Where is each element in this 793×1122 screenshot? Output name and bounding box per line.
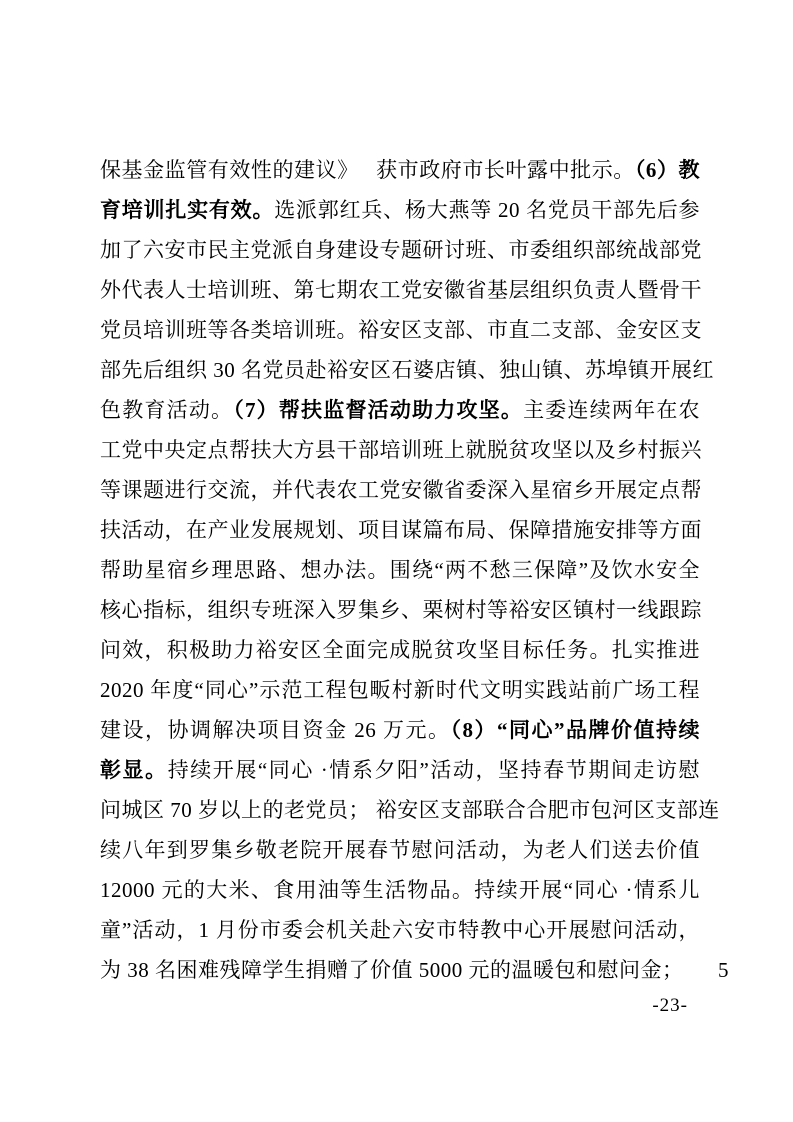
bold-text-run: （6）教 xyxy=(635,158,700,182)
text-run: 外代表人士培训班、第七期农工党安徽省基层组织负责人暨骨干 xyxy=(100,278,702,302)
text-run: 主委连续两年在农 xyxy=(523,398,700,422)
document-page: 保基金监管有效性的建议》 获市政府市长叶露中批示。（6）教育培训扎实有效。选派郭… xyxy=(0,0,793,1122)
bold-text-run: 育培训扎实有效。 xyxy=(100,198,274,222)
text-run: 扶活动，在产业发展规划、项目谋篇布局、保障措施安排等方面 xyxy=(100,518,702,542)
text-run: 等课题进行交流，并代表农工党安徽省委深入星宿乡开展定点帮 xyxy=(100,478,702,502)
text-line: 色教育活动。（7）帮扶监督活动助力攻坚。主委连续两年在农 xyxy=(100,390,700,430)
text-line: 工党中央定点帮扶大方县干部培训班上就脱贫攻坚以及乡村振兴 xyxy=(100,430,700,470)
text-line: 2020 年度“同心”示范工程包畈村新时代文明实践站前广场工程 xyxy=(100,670,700,710)
text-line: 党员培训班等各类培训班。裕安区支部、市直二支部、金安区支 xyxy=(100,310,700,350)
page-number: -23- xyxy=(652,994,688,1018)
text-line: 加了六安市民主党派自身建设专题研讨班、市委组织部统战部党 xyxy=(100,230,700,270)
text-run: 问城区 70 岁以上的老党员； 裕安区支部联合合肥市包河区支部连 xyxy=(100,798,720,822)
text-run: 续八年到罗集乡敬老院开展春节慰问活动，为老人们送去价值 xyxy=(100,838,700,862)
text-run: 工党中央定点帮扶大方县干部培训班上就脱贫攻坚以及乡村振兴 xyxy=(100,438,702,462)
text-run: 核心指标，组织专班深入罗集乡、栗树村等裕安区镇村一线跟踪 xyxy=(100,598,702,622)
text-line: 帮助星宿乡理思路、想办法。围绕“两不愁三保障”及饮水安全 xyxy=(100,550,700,590)
text-line: 问城区 70 岁以上的老党员； 裕安区支部联合合肥市包河区支部连 xyxy=(100,790,700,830)
text-line: 续八年到罗集乡敬老院开展春节慰问活动，为老人们送去价值 xyxy=(100,830,700,870)
text-line: 童”活动，1 月份市委会机关赴六安市特教中心开展慰问活动， xyxy=(100,910,700,950)
text-line: 彰显。持续开展“同心 ·情系夕阳”活动，坚持春节期间走访慰 xyxy=(100,750,700,790)
text-run: 色教育活动。 xyxy=(100,398,233,422)
text-run: 问效，积极助力裕安区全面完成脱贫攻坚目标任务。扎实推进 xyxy=(100,638,700,662)
text-run: 童”活动，1 月份市委会机关赴六安市特教中心开展慰问活动， xyxy=(100,918,700,942)
bold-text-run: 彰显。 xyxy=(100,758,168,782)
text-line: 保基金监管有效性的建议》 获市政府市长叶露中批示。（6）教 xyxy=(100,150,700,190)
text-line: 核心指标，组织专班深入罗集乡、栗树村等裕安区镇村一线跟踪 xyxy=(100,590,700,630)
text-line: 为 38 名困难残障学生捐赠了价值 5000 元的温暖包和慰问金； 5 xyxy=(100,950,700,990)
text-run: 为 38 名困难残障学生捐赠了价值 5000 元的温暖包和慰问金； 5 xyxy=(100,958,729,982)
text-line: 等课题进行交流，并代表农工党安徽省委深入星宿乡开展定点帮 xyxy=(100,470,700,510)
text-line: 12000 元的大米、食用油等生活物品。持续开展“同心 ·情系儿 xyxy=(100,870,700,910)
text-run: 党员培训班等各类培训班。裕安区支部、市直二支部、金安区支 xyxy=(100,318,702,342)
text-line: 外代表人士培训班、第七期农工党安徽省基层组织负责人暨骨干 xyxy=(100,270,700,310)
text-run: 帮助星宿乡理思路、想办法。围绕“两不愁三保障”及饮水安全 xyxy=(100,558,700,582)
text-run: 12000 元的大米、食用油等生活物品。持续开展“同心 ·情系儿 xyxy=(100,878,700,902)
text-run: 部先后组织 30 名党员赴裕安区石婆店镇、独山镇、苏埠镇开展红 xyxy=(100,358,714,382)
text-run: 选派郭红兵、杨大燕等 20 名党员干部先后参 xyxy=(274,198,700,222)
text-run: 加了六安市民主党派自身建设专题研讨班、市委组织部统战部党 xyxy=(100,238,702,262)
text-line: 部先后组织 30 名党员赴裕安区石婆店镇、独山镇、苏埠镇开展红 xyxy=(100,350,700,390)
text-line: 建设，协调解决项目资金 26 万元。（8）“同心”品牌价值持续 xyxy=(100,710,700,750)
text-line: 育培训扎实有效。选派郭红兵、杨大燕等 20 名党员干部先后参 xyxy=(100,190,700,230)
text-line: 问效，积极助力裕安区全面完成脱贫攻坚目标任务。扎实推进 xyxy=(100,630,700,670)
text-run: 持续开展“同心 ·情系夕阳”活动，坚持春节期间走访慰 xyxy=(168,758,700,782)
document-body: 保基金监管有效性的建议》 获市政府市长叶露中批示。（6）教育培训扎实有效。选派郭… xyxy=(100,150,700,990)
bold-text-run: （7）帮扶监督活动助力攻坚。 xyxy=(233,398,523,422)
text-line: 扶活动，在产业发展规划、项目谋篇布局、保障措施安排等方面 xyxy=(100,510,700,550)
text-run: 保基金监管有效性的建议》 获市政府市长叶露中批示。 xyxy=(100,158,635,182)
text-run: 建设，协调解决项目资金 26 万元。 xyxy=(100,718,451,742)
bold-text-run: （8）“同心”品牌价值持续 xyxy=(451,718,701,742)
text-run: 2020 年度“同心”示范工程包畈村新时代文明实践站前广场工程 xyxy=(100,678,700,702)
